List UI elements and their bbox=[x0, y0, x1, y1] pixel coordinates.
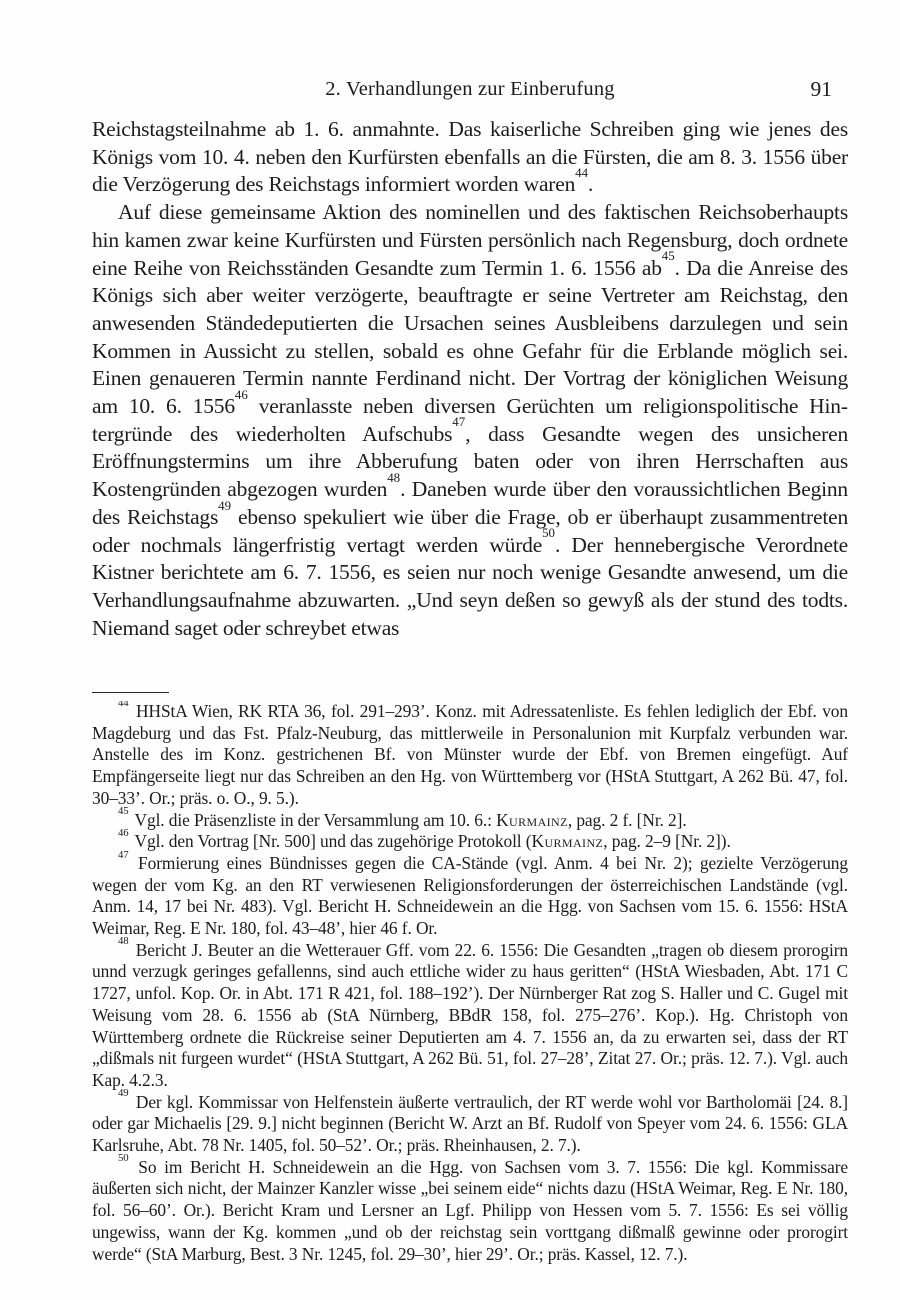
footnote-marker: 47 bbox=[452, 415, 465, 429]
footnote-45: 45 Vgl. die Präsenzliste in der Versamml… bbox=[92, 810, 848, 832]
footnote-number: 50 bbox=[118, 1152, 129, 1164]
footnote-marker: 48 bbox=[387, 471, 400, 485]
footnote-number: 47 bbox=[118, 849, 129, 861]
footnote-marker: 49 bbox=[218, 499, 231, 513]
running-head: 2. Verhandlungen zur Einberufung 91 bbox=[92, 78, 848, 106]
footnote-separator bbox=[92, 692, 169, 693]
page-number: 91 bbox=[811, 77, 833, 102]
footnote-number: 45 bbox=[118, 805, 129, 817]
body-text: Reichstagsteilnahme ab 1. 6. anmahnte. D… bbox=[92, 116, 848, 688]
small-caps-source-name: Kurmainz bbox=[496, 810, 568, 830]
footnote-number: 44 bbox=[118, 701, 129, 709]
footnote-50: 50 So im Bericht H. Schneidewein an die … bbox=[92, 1157, 848, 1266]
footnote-number: 48 bbox=[118, 935, 129, 947]
footnote-47: 47 Formierung eines Bündnisses gegen die… bbox=[92, 853, 848, 940]
footnotes: 44 HHStA Wien, RK RTA 36, fol. 291–293’.… bbox=[92, 701, 848, 1276]
footnote-marker: 50 bbox=[542, 526, 555, 540]
footnote-number: 46 bbox=[118, 827, 129, 839]
footnote-44: 44 HHStA Wien, RK RTA 36, fol. 291–293’.… bbox=[92, 701, 848, 810]
body-paragraph: Reichstagsteilnahme ab 1. 6. anmahnte. D… bbox=[92, 116, 848, 199]
chapter-title: 2. Verhandlungen zur Einberufung bbox=[92, 78, 848, 101]
footnote-46: 46 Vgl. den Vortrag [Nr. 500] und das zu… bbox=[92, 831, 848, 853]
footnote-49: 49 Der kgl. Kommissar von Helfenstein äu… bbox=[92, 1092, 848, 1157]
book-page: 2. Verhandlungen zur Einberufung 91 Reic… bbox=[0, 0, 900, 1300]
footnote-number: 49 bbox=[118, 1087, 129, 1099]
body-paragraph: Auf diese gemeinsame Aktion des nominell… bbox=[92, 199, 848, 642]
footnote-marker: 46 bbox=[235, 388, 248, 402]
footnote-48: 48 Bericht J. Beuter an die Wetterauer G… bbox=[92, 940, 848, 1092]
footnote-marker: 44 bbox=[575, 166, 588, 180]
footnote-marker: 45 bbox=[662, 249, 675, 263]
small-caps-source-name: Kurmainz bbox=[531, 831, 603, 851]
